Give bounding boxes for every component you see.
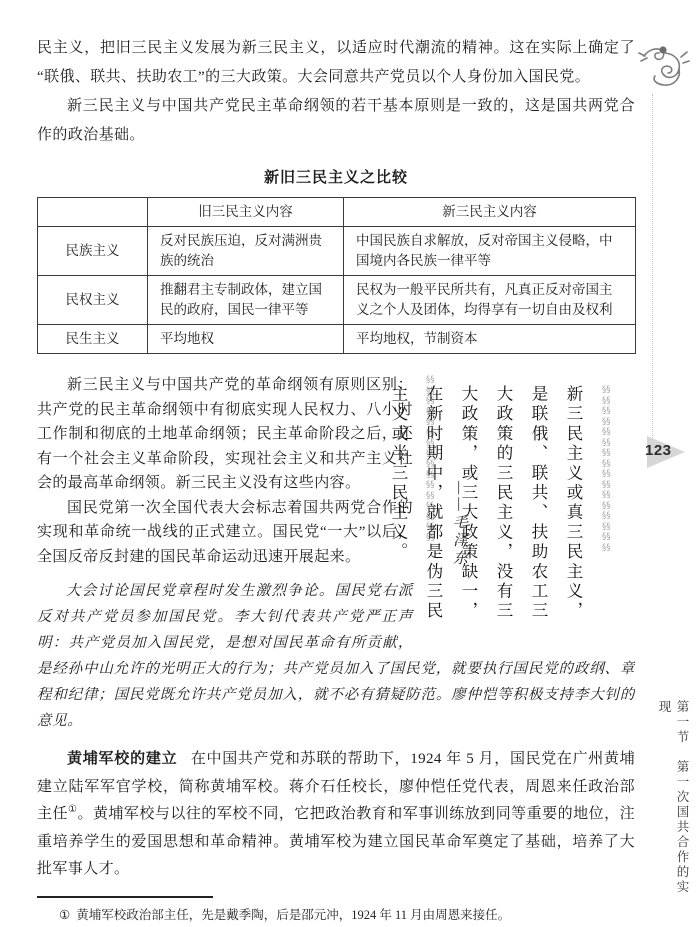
footnote-marker: ① xyxy=(59,908,70,922)
quote-box: §§§§§§§§§§§§§§§§§§§§§§§§§§§§§§§§ §§§§§§§… xyxy=(423,373,635,641)
margin-dotted-line xyxy=(652,94,653,440)
paragraph-continuation: 民主义，把旧三民主义发展为新三民主义，以适应时代潮流的精神。这在实际上确定了“联… xyxy=(37,34,635,92)
ornament-border-right-icon: §§§§§§§§§§§§§§§§§§§§§§§§§§§§§§§§ xyxy=(602,385,613,590)
table-header-old: 旧三民主义内容 xyxy=(148,198,344,227)
comparison-table: 旧三民主义内容 新三民主义内容 民族主义 反对民族压迫，反对满洲贵族的统治 中国… xyxy=(37,197,636,354)
table-row: 民生主义 平均地权 平均地权，节制资本 xyxy=(38,325,636,354)
table-header-blank xyxy=(38,198,148,227)
table-row: 民权主义 推翻君主专制政体，建立国民的政府，国民一律平等 民权为一般平民所共有，… xyxy=(38,276,636,325)
table-row: 民族主义 反对民族压迫，反对满洲贵族的统治 中国民族自求解放，反对帝国主义侵略，… xyxy=(38,227,636,276)
text-with-quote-sidebar: §§§§§§§§§§§§§§§§§§§§§§§§§§§§§§§§ §§§§§§§… xyxy=(37,373,635,734)
table-header-new: 新三民主义内容 xyxy=(344,198,636,227)
section-heading: 黄埔军校的建立 xyxy=(67,751,177,767)
page-number-marker: 123 xyxy=(643,435,691,469)
textbook-page: 民主义，把旧三民主义发展为新三民主义，以适应时代潮流的精神。这在实际上确定了“联… xyxy=(0,0,700,927)
table-cell-term: 民权主义 xyxy=(38,276,148,325)
dragon-ornament-icon xyxy=(634,40,692,99)
table-cell-new: 中国民族自求解放，反对帝国主义侵略，中国境内各民族一律平等 xyxy=(344,227,636,276)
table-cell-new: 民权为一般平民所共有，凡真正反对帝国主义之个人及团体，均得享有一切自由及权利 xyxy=(344,276,636,325)
table-cell-term: 民族主义 xyxy=(38,227,148,276)
huangpu-section-paragraph: 黄埔军校的建立在中国共产党和苏联的帮助下，1924 年 5 月，国民党在广州黄埔… xyxy=(37,746,635,884)
table-cell-old: 反对民族压迫，反对满洲贵族的统治 xyxy=(148,227,344,276)
chapter-side-label: 第一节 第一次国共合作的实现 xyxy=(655,700,691,895)
table-cell-new: 平均地权，节制资本 xyxy=(344,325,636,354)
table-title: 新旧三民主义之比较 xyxy=(37,166,635,187)
table-header-row: 旧三民主义内容 新三民主义内容 xyxy=(38,198,636,227)
main-text-column: 民主义，把旧三民主义发展为新三民主义，以适应时代潮流的精神。这在实际上确定了“联… xyxy=(37,34,635,924)
footnote: ①黄埔军校政治部主任，先是戴季陶，后是邵元冲，1924 年 11 月由周恩来接任… xyxy=(37,906,635,924)
footnote-text: 黄埔军校政治部主任，先是戴季陶，后是邵元冲，1924 年 11 月由周恩来接任。 xyxy=(76,908,510,922)
footnote-rule xyxy=(37,896,213,898)
table-cell-old: 平均地权 xyxy=(148,325,344,354)
quote-attribution: ——毛泽东 xyxy=(449,481,470,568)
paragraph-political-basis: 新三民主义与中国共产党民主革命纲领的若干基本原则是一致的，这是国共两党合作的政治… xyxy=(37,92,635,150)
quote-text: 新三民主义或真三民主义，是联俄、联共、扶助农工三大政策的三民主义，没有三大政策，… xyxy=(381,385,591,641)
huangpu-text-cont: 。黄埔军校与以往的军校不同，它把政治教育和军事训练放到同等重要的地位，注重培养学… xyxy=(37,806,635,877)
table-cell-old: 推翻君主专制政体，建立国民的政府，国民一律平等 xyxy=(148,276,344,325)
page-number: 123 xyxy=(645,442,672,459)
table-cell-term: 民生主义 xyxy=(38,325,148,354)
